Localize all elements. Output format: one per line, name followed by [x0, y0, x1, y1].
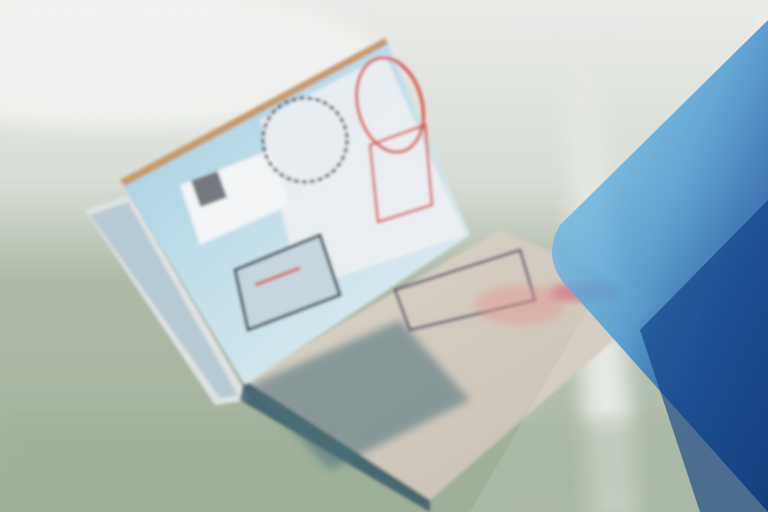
- passport-photo: [0, 0, 768, 512]
- photo-canvas: [0, 0, 768, 512]
